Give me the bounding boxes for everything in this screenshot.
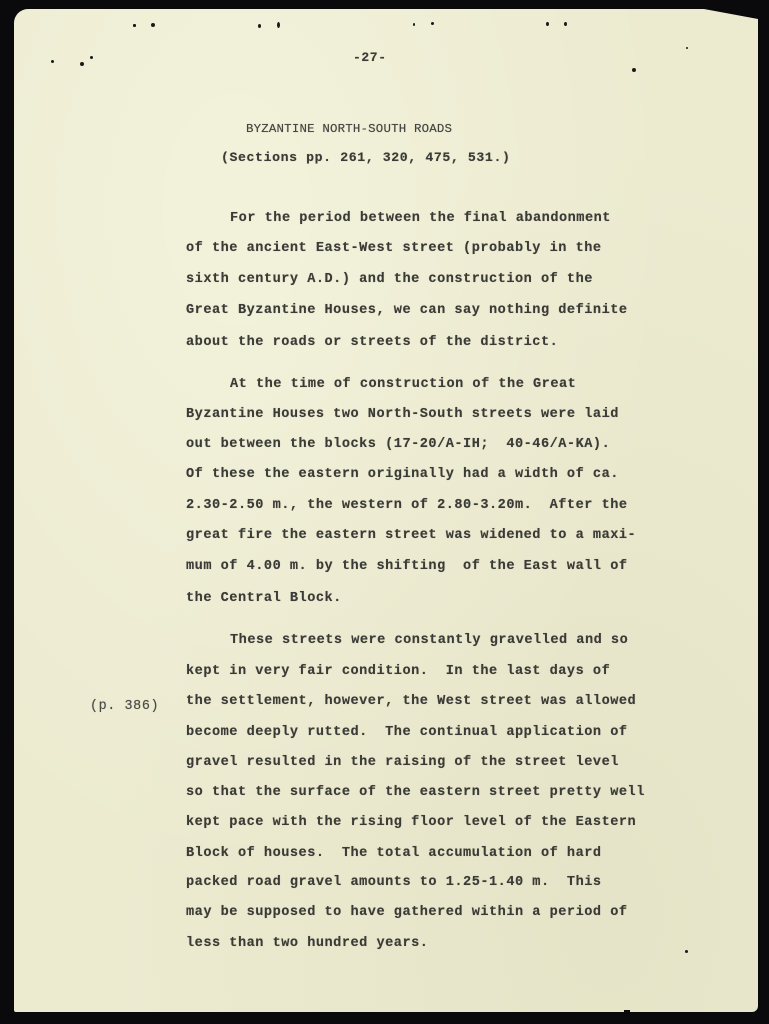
section-title: BYZANTINE NORTH-SOUTH ROADS — [246, 122, 452, 136]
paragraph-2-line-5: 2.30-2.50 m., the western of 2.80-3.20m.… — [186, 498, 628, 513]
paper-notch — [624, 1010, 630, 1014]
paragraph-2-line-6: great fire the eastern street was widene… — [186, 528, 636, 543]
speck-mark — [413, 23, 415, 26]
paragraph-3-line-5: gravel resulted in the raising of the st… — [186, 755, 619, 770]
paragraph-1-line-5: about the roads or streets of the distri… — [186, 335, 558, 350]
paragraph-2-line-4: Of these the eastern originally had a wi… — [186, 467, 619, 482]
page-number: -27- — [353, 50, 387, 65]
paragraph-2-line-2: Byzantine Houses two North-South streets… — [186, 407, 619, 422]
paragraph-3-line-11: less than two hundred years. — [186, 936, 428, 951]
paragraph-2-line-1: At the time of construction of the Great — [230, 377, 576, 392]
paragraph-3-line-2: kept in very fair condition. In the last… — [186, 664, 610, 679]
paragraph-1-line-1: For the period between the final abandon… — [230, 211, 611, 226]
paragraph-3-line-4: become deeply rutted. The continual appl… — [186, 725, 628, 740]
paragraph-3-line-1: These streets were constantly gravelled … — [230, 633, 628, 648]
paragraph-1-line-4: Great Byzantine Houses, we can say nothi… — [186, 303, 628, 318]
speck-mark — [133, 24, 136, 27]
speck-mark — [564, 22, 567, 26]
paragraph-3-line-10: may be supposed to have gathered within … — [186, 905, 628, 920]
paragraph-3-line-8: Block of houses. The total accumulation … — [186, 846, 602, 861]
speck-mark — [51, 60, 54, 63]
scanned-page-viewport: -27- BYZANTINE NORTH-SOUTH ROADS (Sectio… — [0, 0, 769, 1024]
speck-mark — [632, 68, 636, 72]
paragraph-2-line-3: out between the blocks (17-20/A-IH; 40-4… — [186, 437, 610, 452]
paragraph-3-line-3: the settlement, however, the West street… — [186, 694, 636, 709]
paragraph-3-line-9: packed road gravel amounts to 1.25-1.40 … — [186, 875, 602, 890]
speck-mark — [258, 24, 261, 28]
paragraph-2-line-7: mum of 4.00 m. by the shifting of the Ea… — [186, 559, 628, 574]
section-references: (Sections pp. 261, 320, 475, 531.) — [221, 150, 510, 165]
speck-mark — [546, 22, 549, 26]
paragraph-1-line-2: of the ancient East-West street (probabl… — [186, 241, 602, 256]
paragraph-2-line-8: the Central Block. — [186, 591, 342, 606]
speck-mark — [686, 47, 688, 49]
torn-corner — [704, 9, 758, 19]
speck-mark — [685, 950, 688, 953]
paragraph-1-line-3: sixth century A.D.) and the construction… — [186, 272, 593, 287]
paragraph-3-line-7: kept pace with the rising floor level of… — [186, 815, 636, 830]
speck-mark — [151, 23, 155, 27]
speck-mark — [80, 62, 84, 66]
speck-mark — [277, 22, 280, 28]
speck-mark — [431, 22, 434, 25]
paragraph-3-line-6: so that the surface of the eastern stree… — [186, 785, 645, 800]
speck-mark — [90, 56, 93, 59]
margin-page-reference: (p. 386) — [90, 699, 159, 714]
